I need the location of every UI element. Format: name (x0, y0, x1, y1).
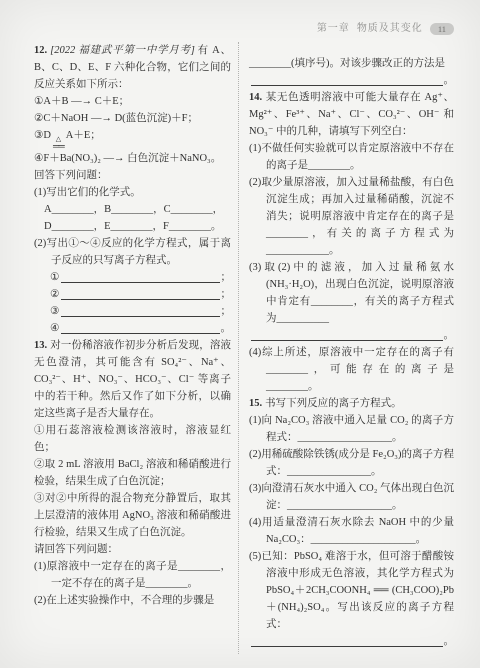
q15-item2: (2)用稀硫酸除铁锈(成分是 Fe₂O₃)的离子方程式：____________… (249, 446, 454, 480)
q14-part3: (3)取(2)中的滤液，加入过量稀氨水(NH₃·H₂O)，出现白色沉淀，说明原溶… (249, 259, 454, 327)
q15-item4: (4)用适量澄清石灰水除去 NaOH 中的少量 Na₂CO₃：_________… (249, 514, 454, 548)
q12-intro: 12.[2022 福建武平第一中学月考]有 A、B、C、D、E、F 六种化合物，… (34, 42, 231, 93)
q12-number: 12. (34, 45, 47, 56)
q12-part2: (2)写出①～④反应的化学方程式，属于离子反应的只写离子方程式。 (34, 235, 231, 269)
q13-step-1: ①用石蕊溶液检测该溶液时，溶液显红色； (34, 422, 231, 456)
page-number-badge: 11 (430, 23, 454, 35)
right-column: ________(填序号)。对该步骤改正的方法是 。 14.某无色透明溶液中可能… (238, 42, 454, 654)
q12-formula-blanks-row2: D________，E________，F________。 (44, 218, 231, 235)
textbook-page: 第一章 物质及其变化 11 12.[2022 福建武平第一中学月考]有 A、B、… (0, 0, 480, 668)
q12-reaction-1: ①A＋B —→ C＋E； (34, 93, 231, 110)
q13-step-2: ②取 2 mL 溶液用 BaCl₂ 溶液和稀硝酸进行检验，结果生成了白色沉淀； (34, 456, 231, 490)
q14-part2: (2)取少量原溶液，加入过量稀盐酸，有白色沉淀生成；再加入过量稀硝酸，沉淀不消失… (249, 174, 454, 259)
q13-step-3: ③对②中所得的混合物充分静置后，取其上层澄清的液体用 AgNO₃ 溶液和稀硝酸进… (34, 490, 231, 541)
blank-rule (61, 316, 219, 317)
chapter-title: 物质及其变化 (357, 20, 423, 37)
q13-number: 13. (34, 340, 47, 351)
q12-source: [2022 福建武平第一中学月考] (50, 45, 195, 56)
q14-part3-blank: 。 (249, 327, 454, 344)
q13-prompt: 请回答下列问题： (34, 541, 231, 558)
q12-reaction-2: ②C＋NaOH —→ D(蓝色沉淀)＋F； (34, 110, 231, 127)
q15-item5-blank: 。 (249, 633, 454, 650)
q13-continuation-line1: ________(填序号)。对该步骤改正的方法是 (249, 55, 454, 72)
q15-item5: (5)已知：PbSO₄ 难溶于水，但可溶于醋酸铵溶液中形成无色溶液，其化学方程式… (249, 548, 454, 633)
q12-prompt: 回答下列问题： (34, 167, 231, 184)
q12-answer-blank-4: ④。 (50, 320, 231, 337)
left-column: 12.[2022 福建武平第一中学月考]有 A、B、C、D、E、F 六种化合物，… (34, 42, 238, 654)
q12-answer-blank-1: ①； (50, 269, 231, 286)
blank-rule (251, 85, 443, 86)
blank-rule (61, 299, 219, 300)
heat-condition-arrow: △══ (53, 136, 64, 150)
q14-part1: (1)不做任何实验就可以肯定原溶液中不存在的离子是________。 (249, 140, 454, 174)
q12-answer-blank-2: ②； (50, 286, 231, 303)
q13-part2: (2)在上述实验操作中，不合理的步骤是 (34, 592, 231, 609)
two-column-layout: 12.[2022 福建武平第一中学月考]有 A、B、C、D、E、F 六种化合物，… (0, 42, 480, 654)
q12-reaction-3: ③D△══A＋E； (34, 127, 231, 150)
q12-reaction-4: ④F＋Ba(NO₃)₂ —→ 白色沉淀＋NaNO₃。 (34, 150, 231, 167)
q14-body: 14.某无色透明溶液中可能大量存在 Ag⁺、Mg²⁺、Fe³⁺、Na⁺、Cl⁻、… (249, 89, 454, 140)
q14-number: 14. (249, 92, 262, 103)
q15-item3: (3)向澄清石灰水中通入 CO₂ 气体出现白色沉淀：______________… (249, 480, 454, 514)
chapter-label: 第一章 (317, 20, 350, 37)
q13-continuation-blank: 。 (249, 72, 454, 89)
q12-formula-blanks-row1: A________，B________，C________， (44, 201, 231, 218)
q13-part1: (1)原溶液中一定存在的离子是________，一定不存在的离子是_______… (34, 558, 231, 592)
page-header: 第一章 物质及其变化 11 (317, 20, 454, 37)
q15-number: 15. (249, 398, 262, 409)
q15-title: 15.书写下列反应的离子方程式。 (249, 395, 454, 412)
blank-rule (61, 282, 219, 283)
q13-body: 13.对一份稀溶液作初步分析后发现，溶液无色澄清，其可能含有 SO₄²⁻、Na⁺… (34, 337, 231, 422)
q12-answer-blank-3: ③； (50, 303, 231, 320)
q12-part1: (1)写出它们的化学式。 (34, 184, 231, 201)
q14-part4: (4)综上所述，原溶液中一定存在的离子有________，可能存在的离子是___… (249, 344, 454, 395)
q15-item1: (1)向 Na₂CO₃ 溶液中通入足量 CO₂ 的离子方程式：_________… (249, 412, 454, 446)
blank-rule (251, 646, 443, 647)
blank-rule (61, 333, 219, 334)
blank-rule (251, 340, 443, 341)
